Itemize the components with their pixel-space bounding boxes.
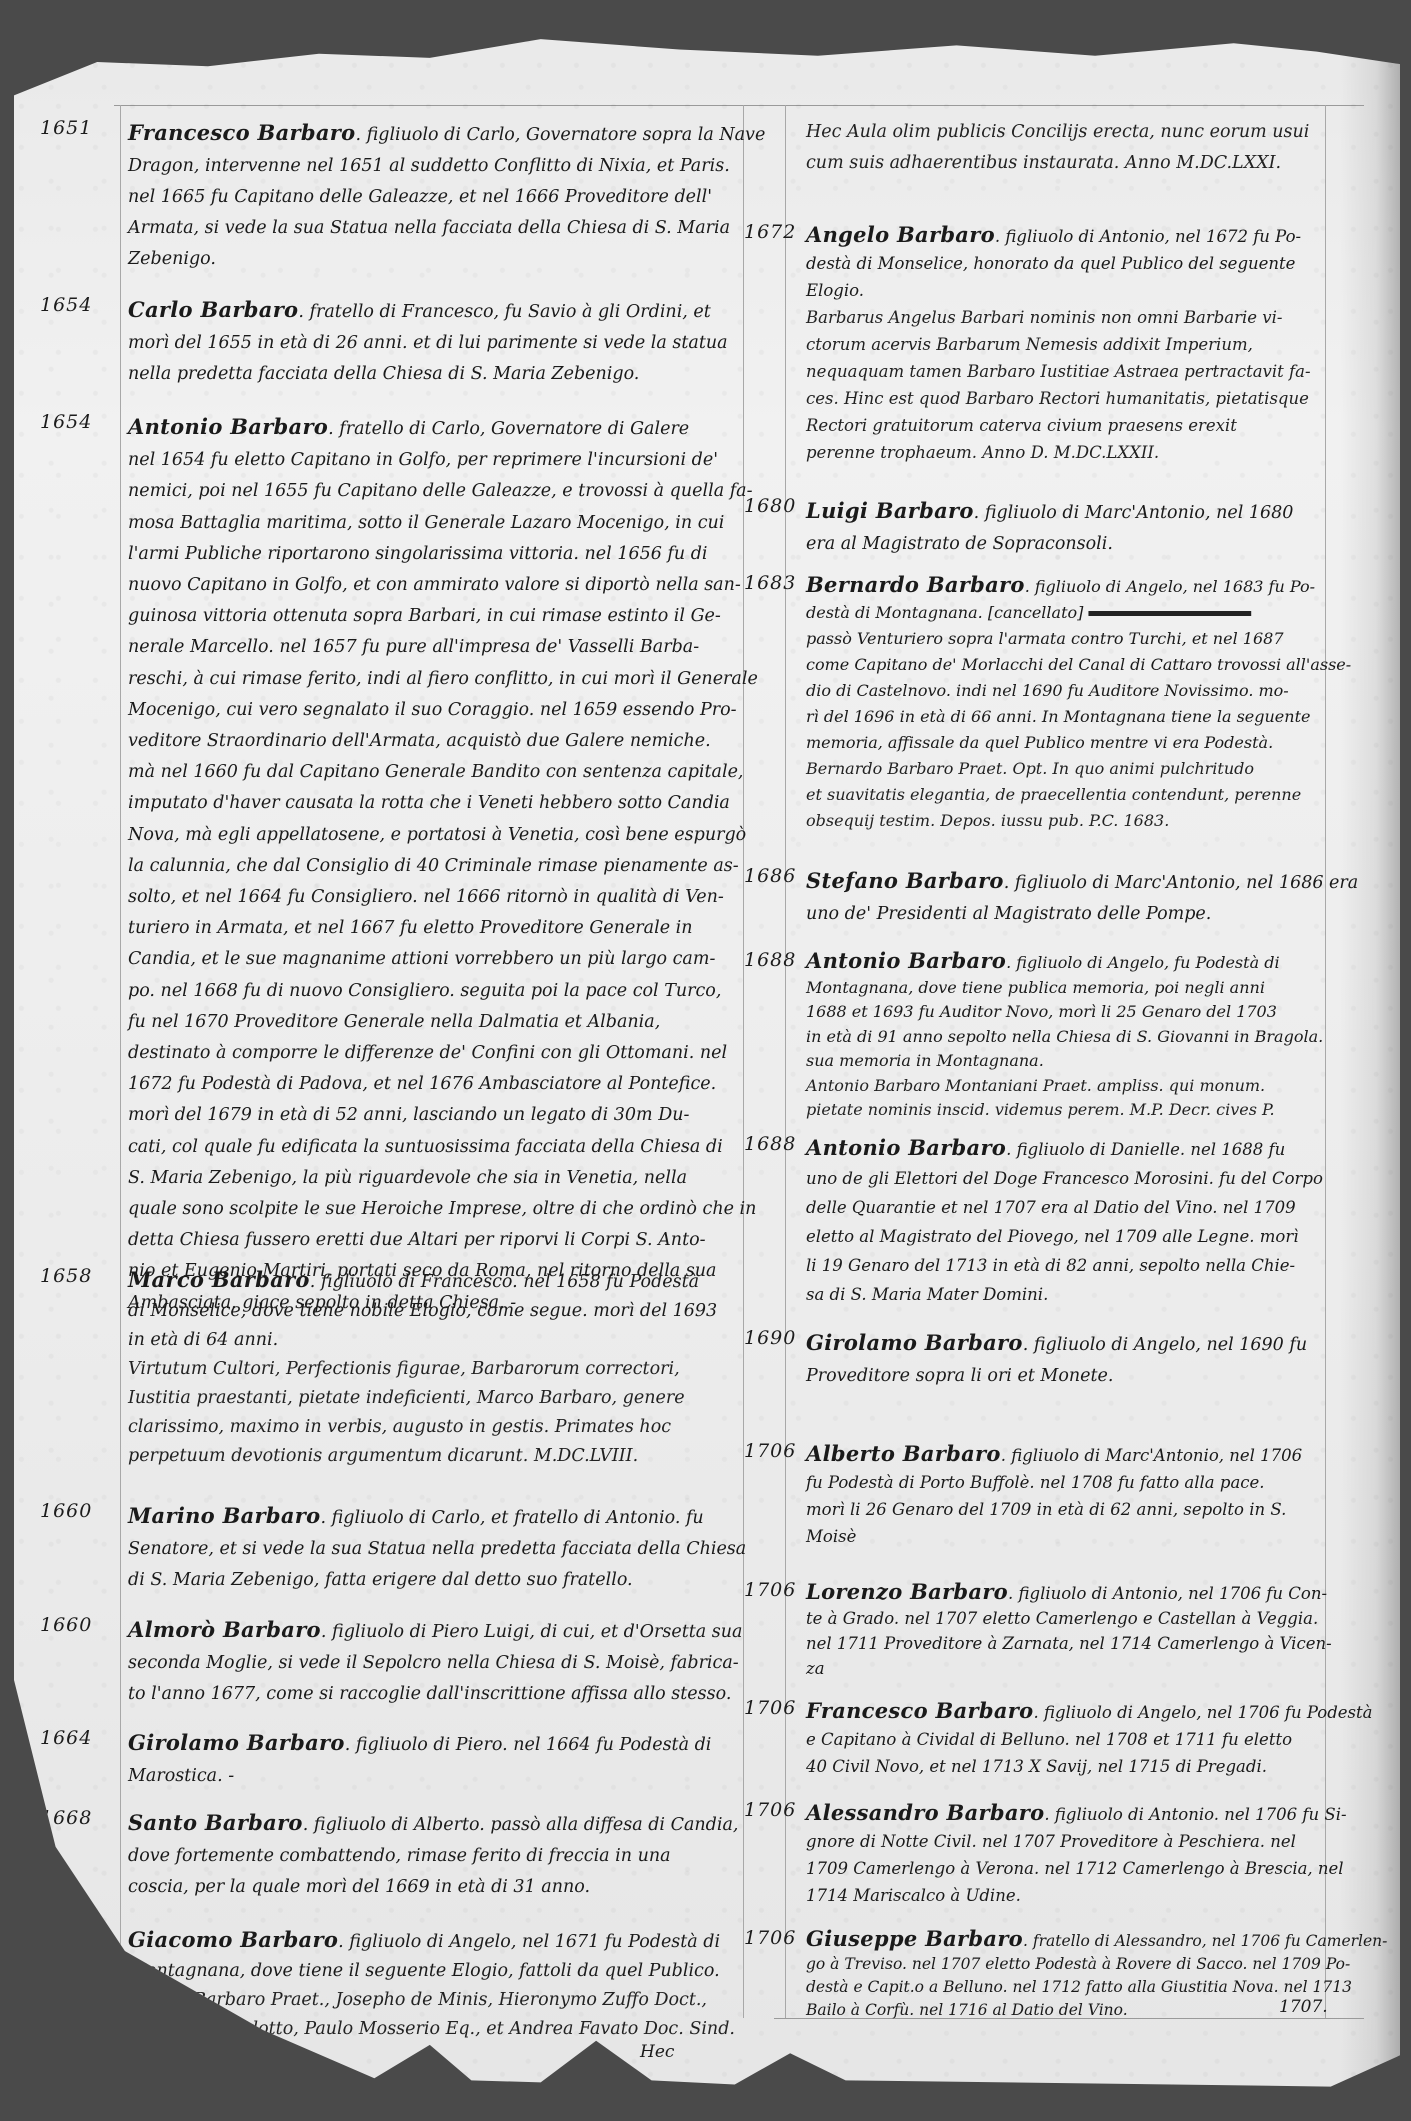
entry-year: 1706 [744,1799,800,1821]
entry-name: Antonio Barbaro [806,948,1006,973]
manuscript-page: 1651 Francesco Barbaro. figliuolo di Car… [14,12,1400,2097]
inscription-line: Hec Aula olim publicis Concilijs erecta,… [806,117,1324,148]
entry-line: te à Grado. nel 1707 eletto Camerlengo e… [806,1606,1324,1631]
entry-name: Marino Barbaro [128,1503,320,1528]
entry-line: Candia, et le sue magnanime attioni vorr… [128,944,750,975]
entry-line: rì del 1696 in età di 66 anni. In Montag… [806,704,1324,730]
entry-name: Alberto Barbaro [806,1441,1001,1466]
entry-line: era al Magistrato de Sopraconsoli. [806,529,1324,560]
entry-name: Antonio Barbaro [806,1135,1006,1160]
entry-line: figliuolo di Antonio. nel 1706 fu Si- [1055,1805,1347,1824]
entry-line: in età di 91 anno sepolto nella Chiesa d… [806,1025,1324,1050]
entry-year: 1654 [40,294,100,316]
entry-line: reschi, à cui rimase ferito, indi al fie… [128,664,750,695]
struck-through-text [1088,603,1251,622]
entry-name: Girolamo Barbaro [128,1730,345,1755]
inscription-line: Antonio Barbaro Montaniani Praet. amplis… [806,1074,1324,1099]
entry-line: 1688 et 1693 fu Auditor Novo, morì li 25… [806,1000,1324,1025]
entry-line: S. Maria Zebenigo, la più riguardevole c… [128,1163,750,1194]
entry-text: Angelo Barbaro. figliuolo di Antonio, ne… [806,221,1324,466]
entry-name: Lorenzo Barbaro [806,1579,1008,1604]
entry-text: Santo Barbaro. figliuolo di Alberto. pas… [128,1807,750,1903]
entry-name: Giacomo Barbaro [128,1927,338,1952]
entry-line: nuovo Capitano in Golfo, et con ammirato… [128,570,750,601]
entry-line: nel 1665 fu Capitano delle Galeazze, et … [128,182,750,213]
entry-line: figliuolo di Piero. nel 1664 fu Podestà … [356,1735,712,1755]
entry-line: fratello di Carlo, Governatore di Galere [339,419,689,439]
entry-line: figliuolo di Francesco. nel 1658 fu Pode… [321,1272,699,1292]
entry-line: figliuolo di Angelo, nel 1683 fu Po- [1035,577,1315,596]
entry-line: l'armi Publiche riportarono singolarissi… [128,539,750,570]
inscription-line: Barbarus Angelus Barbari nominis non omn… [806,304,1324,331]
entry-line: 1709 Camerlengo à Verona. nel 1712 Camer… [806,1855,1324,1882]
entry-text: Girolamo Barbaro. figliuolo di Angelo, n… [806,1327,1324,1392]
entry-text: Francesco Barbaro. figliuolo di Carlo, G… [128,117,750,275]
entry-name: Marco Barbaro [128,1267,310,1292]
entry-year: 1654 [40,411,100,433]
entry-line: seconda Moglie, si vede il Sepolcro nell… [128,1648,750,1679]
entry-line: veditore Straordinario dell'Armata, acqu… [128,726,750,757]
entry-text: Girolamo Barbaro. figliuolo di Piero. ne… [128,1727,750,1792]
entry-line: morì del 1679 in età di 52 anni, lascian… [128,1100,750,1131]
entry-line: di Monselice, dove tiene nobile Elogio, … [128,1297,750,1326]
entry-year: 1651 [40,117,100,139]
entry-line: figliuolo di Angelo, nel 1671 fu Podestà… [349,1932,720,1952]
entry-year: 1683 [744,572,800,594]
entry-line: nerale Marcello. nel 1657 fu pure all'im… [128,632,750,663]
entry-line: nel 1711 Proveditore à Zarnata, nel 1714… [806,1631,1324,1656]
entry-line: Senatore, et si vede la sua Statua nella… [128,1534,750,1565]
entry-line: imputato d'haver causata la rotta che i … [128,788,750,819]
entry-line: fratello di Francesco, fu Savio à gli Or… [310,302,711,322]
entry-line: uno de gli Elettori del Doge Francesco M… [806,1164,1324,1193]
entry-line: nella predetta facciata della Chiesa di … [128,359,750,390]
entry-year: 1660 [40,1614,100,1636]
entry-line: delle Quarantie et nel 1707 era al Datio… [806,1193,1324,1222]
entry-text: Hec Aula olim publicis Concilijs erecta,… [806,117,1324,179]
entry-line: figliuolo di Marc'Antonio, nel 1706 [1011,1446,1302,1465]
entry-year: 1668 [40,1807,100,1829]
entry-line: dove fortemente combattendo, rimase feri… [128,1841,750,1872]
right-margin-rule-inner [785,105,786,2018]
entry-name: Giuseppe Barbaro [806,1926,1023,1951]
entry-year: 1660 [40,1500,100,1522]
entry-line: gnore di Notte Civil. nel 1707 Provedito… [806,1828,1324,1855]
entry-line: 1672 fu Podestà di Padova, et nel 1676 A… [128,1069,750,1100]
top-rule [114,105,1364,106]
entry-year: 1688 [744,1133,800,1155]
entry-line: figliuolo di Angelo, fu Podestà di [1016,953,1279,972]
entry-line: Montagnana, dove tiene publica memoria, … [806,976,1324,1001]
entry-line: nemici, poi nel 1655 fu Capitano delle G… [128,476,750,507]
entry-year: 1686 [744,865,800,887]
page-signoff-year: 1707. [1279,1997,1328,2017]
entry-line: detta Chiesa fussero eretti due Altari p… [128,1225,750,1256]
entry-line: destinato à comporre le differenze de' C… [128,1038,750,1069]
entry-text: Antonio Barbaro. figliuolo di Danielle. … [806,1133,1324,1309]
entry-line: destà di Monselice, honorato da quel Pub… [806,250,1324,277]
entry-name: Carlo Barbaro [128,297,298,322]
inscription-line: ctorum acervis Barbarum Nemesis addixit … [806,331,1324,358]
entry-line: dio di Castelnovo. indi nel 1690 fu Audi… [806,678,1324,704]
left-margin-rule [120,105,121,1955]
entry-line: figliuolo di Marc'Antonio, nel 1686 era [1015,873,1358,893]
entry-name: Alessandro Barbaro [806,1800,1044,1825]
entry-line: figliuolo di Angelo, nel 1706 fu Podestà [1044,1703,1373,1722]
entry-line: Bailo à Corfù. nel 1716 al Datio del Vin… [806,1999,1324,2022]
inscription-line: Bernardo Barbaro Praet. Opt. In quo anim… [806,756,1324,782]
entry-line: Nova, mà egli appellatosene, e portatosi… [128,820,750,851]
entry-line: sua memoria in Montagnana. [806,1049,1324,1074]
entry-line: 40 Civil Novo, et nel 1713 X Savij, nel … [806,1753,1324,1780]
entry-text: Giuseppe Barbaro. fratello di Alessandro… [806,1927,1324,2022]
entry-line: fu Podestà di Porto Buffolè. nel 1708 fu… [806,1469,1324,1496]
entry-line: Marostica. - [128,1761,750,1792]
entry-line: li 19 Genaro del 1713 in età di 82 anni,… [806,1251,1324,1280]
entry-line: Montagnana, dove tiene il seguente Elogi… [128,1957,750,1986]
entry-year: 1690 [744,1327,800,1349]
entry-name: Luigi Barbaro [806,498,974,523]
entry-line: figliuolo di Piero Luigi, di cui, et d'O… [332,1622,742,1642]
catchword: Hec [640,2042,674,2062]
entry-line: Moisè [806,1523,1324,1550]
entry-text: Marco Barbaro. figliuolo di Francesco. n… [128,1265,750,1471]
entry-text: Francesco Barbaro. figliuolo di Angelo, … [806,1697,1324,1780]
entry-name: Girolamo Barbaro [806,1330,1023,1355]
entry-name: Almorò Barbaro [128,1617,321,1642]
inscription-line: ces. Hinc est quod Barbaro Rectori human… [806,385,1324,412]
entry-line: Armata, si vede la sua Statua nella facc… [128,213,750,244]
entry-line: uno de' Presidenti al Magistrato delle P… [806,899,1324,930]
entry-text: Carlo Barbaro. fratello di Francesco, fu… [128,294,750,390]
entry-line: passò Venturiero sopra l'armata contro T… [806,626,1324,652]
entry-text: Lorenzo Barbaro. figliuolo di Antonio, n… [806,1579,1324,1681]
entry-line: figliuolo di Angelo, nel 1690 fu [1034,1335,1307,1355]
right-margin-rule [1325,105,1326,2018]
entry-year: 1680 [744,495,800,517]
entry-line: solto, et nel 1664 fu Consigliero. nel 1… [128,882,750,913]
entry-line: Elogio. [806,277,1324,304]
entry-line: za [806,1656,1324,1681]
entry-line: come Capitano de' Morlacchi del Canal di… [806,652,1324,678]
entry-line: turiero in Armata, et nel 1667 fu eletto… [128,913,750,944]
entry-line: di S. Maria Zebenigo, fatta erigere dal … [128,1565,750,1596]
entry-line: fratello di Alessandro, nel 1706 fu Came… [1033,1932,1388,1950]
entry-line: eletto al Magistrato del Piovego, nel 17… [806,1222,1324,1251]
entry-line: figliuolo di Antonio, nel 1672 fu Po- [1005,227,1301,246]
entry-text: Bernardo Barbaro. figliuolo di Angelo, n… [806,572,1324,834]
entry-line: cati, col quale fu edificata la suntuosi… [128,1132,750,1163]
inscription-line: et suavitatis elegantia, de praecellenti… [806,782,1324,808]
entry-text: Giacomo Barbaro. figliuolo di Angelo, ne… [128,1925,750,2044]
entry-line: figliuolo di Marc'Antonio, nel 1680 [985,503,1294,523]
entry-year: 1658 [40,1265,100,1287]
entry-name: Santo Barbaro [128,1810,303,1835]
page-edge-shadow [1340,12,1400,2097]
entry-text: Marino Barbaro. figliuolo di Carlo, et f… [128,1500,750,1596]
entry-line: Proveditore sopra li ori et Monete. [806,1361,1324,1392]
entry-year: 1706 [744,1579,800,1601]
entry-name: Bernardo Barbaro [806,572,1025,597]
entry-line: in età di 64 anni. [128,1326,750,1355]
entry-line: morì li 26 Genaro del 1709 in età di 62 … [806,1496,1324,1523]
entry-line: la calunnia, che dal Consiglio di 40 Cri… [128,851,750,882]
entry-text: Alberto Barbaro. figliuolo di Marc'Anton… [806,1440,1324,1550]
entry-text: Almorò Barbaro. figliuolo di Piero Luigi… [128,1614,750,1710]
inscription-line: clarissimo, maximo in verbis, augusto in… [128,1413,750,1442]
entry-year: 1672 [744,221,800,243]
entry-year: 1706 [744,1440,800,1462]
entry-line: destà e Capit.o a Belluno. nel 1712 fatt… [806,1976,1324,1999]
inscription-line: Iustitia praestanti, pietate indeficient… [128,1384,750,1413]
entry-line: morì del 1655 in età di 26 anni. et di l… [128,328,750,359]
entry-line: go à Treviso. nel 1707 eletto Podestà à … [806,1953,1324,1976]
entry-line: guinosa vittoria ottenuta sopra Barbari,… [128,601,750,632]
entry-line: Dragon, intervenne nel 1651 al suddetto … [128,151,750,182]
entry-name: Angelo Barbaro [806,222,995,247]
entry-line: figliuolo di Alberto. passò alla diffesa… [314,1815,739,1835]
entry-line: coscia, per la quale morì del 1669 in et… [128,1872,750,1903]
entry-line: Zebenigo. [128,244,750,275]
entry-text: Stefano Barbaro. figliuolo di Marc'Anton… [806,865,1324,930]
inscription-line: Jacobo Barbaro Praet., Josepho de Minis,… [128,1986,750,2015]
entry-line: e Capitano à Cividal di Belluno. nel 170… [806,1726,1324,1753]
entry-text: Alessandro Barbaro. figliuolo di Antonio… [806,1799,1324,1909]
entry-line: figliuolo di Carlo, et fratello di Anton… [332,1508,704,1528]
inscription-line: nequaquam tamen Barbaro Iustitiae Astrae… [806,358,1324,385]
entry-line: to l'anno 1677, come si raccoglie dall'i… [128,1679,750,1710]
entry-line: 1714 Mariscalco à Udine. [806,1882,1324,1909]
entry-line: figliuolo di Carlo, Governatore sopra la… [367,125,766,145]
entry-line: mosa Battaglia maritima, sotto il Genera… [128,508,750,539]
entry-line: figliuolo di Danielle. nel 1688 fu [1017,1140,1286,1159]
inscription-line: perpetuum devotionis argumentum dicarunt… [128,1442,750,1471]
inscription-line: perenne trophaeum. Anno D. M.DC.LXXII. [806,439,1324,466]
entry-name: Stefano Barbaro [806,868,1004,893]
inscription-line: cum suis adhaerentibus instaurata. Anno … [806,148,1324,179]
inscription-line: et Jacobo Guidotto, Paulo Mosserio Eq., … [128,2015,750,2044]
entry-line: fu nel 1670 Proveditore Generale nella D… [128,1007,750,1038]
entry-text: Luigi Barbaro. figliuolo di Marc'Antonio… [806,495,1324,560]
entry-line: Mocenigo, cui vero segnalato il suo Cora… [128,695,750,726]
entry-text: Antonio Barbaro. figliuolo di Angelo, fu… [806,949,1324,1123]
entry-year: 1664 [40,1727,100,1749]
entry-line: po. nel 1668 fu di nuovo Consigliero. se… [128,976,750,1007]
entry-line: nel 1654 fu eletto Capitano in Golfo, pe… [128,445,750,476]
entry-year: 1671 [40,1925,100,1947]
entry-name: Francesco Barbaro [806,1698,1033,1723]
entry-line: sa di S. Maria Mater Domini. [806,1280,1324,1309]
entry-name: Francesco Barbaro [128,120,355,145]
entry-year: 1706 [744,1697,800,1719]
entry-text: Antonio Barbaro. fratello di Carlo, Gove… [128,411,750,1319]
entry-line: figliuolo di Antonio, nel 1706 fu Con- [1019,1584,1328,1603]
entry-line: memoria, affissale da quel Publico mentr… [806,730,1324,756]
entry-line: mà nel 1660 fu dal Capitano Generale Ban… [128,757,750,788]
entry-year: 1688 [744,949,800,971]
inscription-line: pietate nominis inscid. videmus perem. M… [806,1098,1324,1123]
inscription-line: Virtutum Cultori, Perfectionis figurae, … [128,1355,750,1384]
entry-year: 1706 [744,1927,800,1949]
inscription-line: obsequij testim. Depos. iussu pub. P.C. … [806,808,1324,834]
entry-line: quale sono scolpite le sue Heroiche Impr… [128,1194,750,1225]
entry-line: destà di Montagnana. [cancellato] [806,603,1088,622]
entry-name: Antonio Barbaro [128,414,328,439]
inscription-line: Rectori gratuitorum caterva civium praes… [806,412,1324,439]
